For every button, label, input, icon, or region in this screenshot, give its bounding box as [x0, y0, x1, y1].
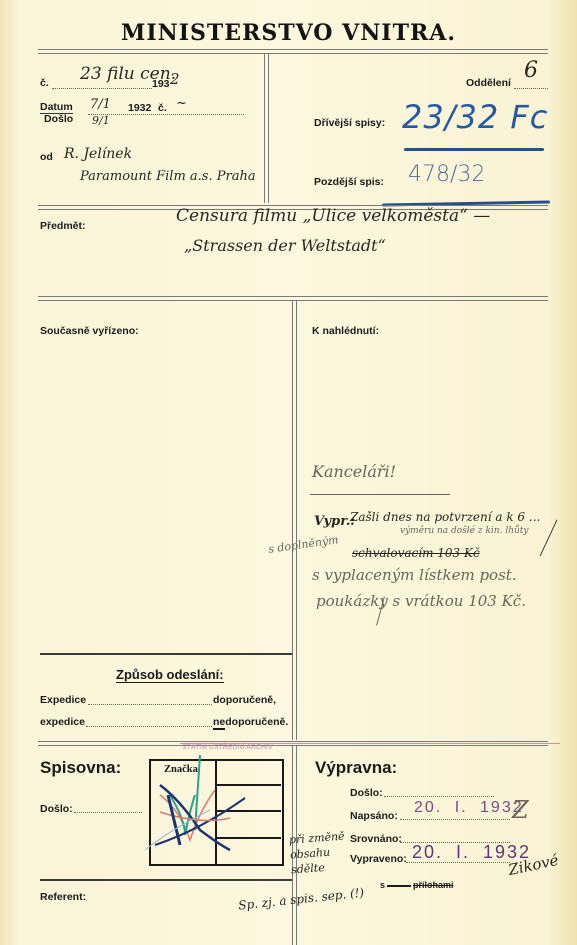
pozdejsi-label: Pozdější spis: [314, 176, 384, 188]
divider [40, 879, 292, 881]
predmet-line1: Censura filmu „Ulice velkoměsta“ — [176, 206, 490, 226]
expedice2-label: expedice [40, 716, 85, 728]
napsano-dots [400, 819, 510, 820]
column-divider [264, 53, 269, 203]
nedoporucene-label: nedoporučeně. [213, 716, 288, 728]
oddeleni-value: 6 [524, 58, 538, 83]
referent-signature: Sp. zj. a spis. sep. (!) [238, 885, 365, 912]
note-line2-struck: schvalovacím 103 Kč [352, 546, 480, 560]
margin-note: při změně obsahu sdělte [289, 828, 362, 878]
od-line1: R. Jelínek [64, 146, 132, 162]
vypravna-title: Výpravna: [315, 758, 397, 778]
datum-dots [88, 114, 244, 115]
oddeleni-label: Oddělení [466, 77, 511, 89]
drivejsi-label: Dřívější spisy: [314, 117, 385, 129]
doporucene-label: doporučeně, [213, 694, 276, 706]
oddeleni-dots [514, 88, 548, 89]
doslo-value: 9/1 [92, 114, 110, 127]
k-nahlednuti-label: K nahlédnutí: [312, 325, 379, 337]
doslo-label: Došlo [44, 113, 73, 125]
page-title: MINISTERSTVO VNITRA. [0, 20, 577, 46]
spisovna-doslo-dots [74, 812, 142, 813]
expedice2-dots [86, 726, 212, 727]
drivejsi-value: 23/32 Fc [402, 98, 548, 136]
pozdejsi-value: 478/32 [408, 162, 485, 187]
colored-scribble-icon [140, 750, 260, 860]
referent-label: Referent: [40, 891, 86, 903]
datum-year: 1932 [128, 102, 151, 114]
datum-c-value: ~ [176, 96, 187, 111]
doporucene-suffix: doporučeně. [225, 716, 288, 728]
vypravna-doslo-dots [384, 796, 494, 797]
expedice-dots [88, 704, 212, 705]
prilohami-row: spřílohami [380, 880, 454, 890]
napsano-signature: Z [512, 796, 529, 824]
note-kancelari: Kanceláři! [312, 462, 396, 481]
drivejsi-underline [404, 148, 544, 151]
cislo-year-digit: 2 [170, 70, 180, 88]
expedice-label: Expedice [40, 694, 86, 706]
note-margin: s doplněným [267, 533, 339, 556]
note-underline [310, 494, 450, 495]
divider [40, 653, 292, 655]
zpusob-title: Způsob odeslání: [116, 667, 224, 683]
note-line1: Zašli dnes na potvrzení a k 6 ... [350, 510, 540, 524]
note-line1b: výměru na došlé z kin. lhůty [400, 526, 529, 536]
od-label: od [40, 151, 53, 163]
prilohami-prefix: s [380, 880, 385, 890]
datum-c-label: č. [158, 102, 167, 114]
vypravna-doslo-label: Došlo: [350, 787, 383, 799]
od-line2: Paramount Film a.s. Praha [80, 169, 256, 184]
predmet-line2: „Strassen der Weltstadt“ [184, 236, 386, 255]
note-line4: poukázky s vrátkou 103 Kč. [316, 592, 526, 610]
predmet-label: Předmět: [40, 220, 86, 232]
divider [38, 49, 548, 54]
spisovna-doslo-label: Došlo: [40, 803, 73, 815]
cislo-year-prefix: 193 [152, 78, 170, 90]
soucasne-vyrizeno-label: Současně vyřízeno: [40, 325, 139, 337]
note-vypr-label: Vypr.: [314, 514, 355, 529]
napsano-stamp: 20. I. 1932 [414, 799, 524, 817]
strike-dash [387, 885, 411, 887]
pencil-stroke [540, 520, 558, 557]
cislo-dots [52, 88, 152, 89]
document-page: MINISTERSTVO VNITRA. č. 23 filu cen. 193… [0, 0, 577, 945]
ne-underlined: ne [213, 716, 225, 730]
spisovna-title: Spisovna: [40, 758, 121, 778]
cislo-label: č. [40, 77, 49, 89]
column-divider [292, 300, 297, 740]
note-line3: s vyplaceným lístkem post. [312, 566, 517, 584]
datum-value: 7/1 [90, 97, 111, 112]
napsano-label: Napsáno: [350, 810, 398, 822]
prilohami-label: přílohami [413, 880, 454, 890]
